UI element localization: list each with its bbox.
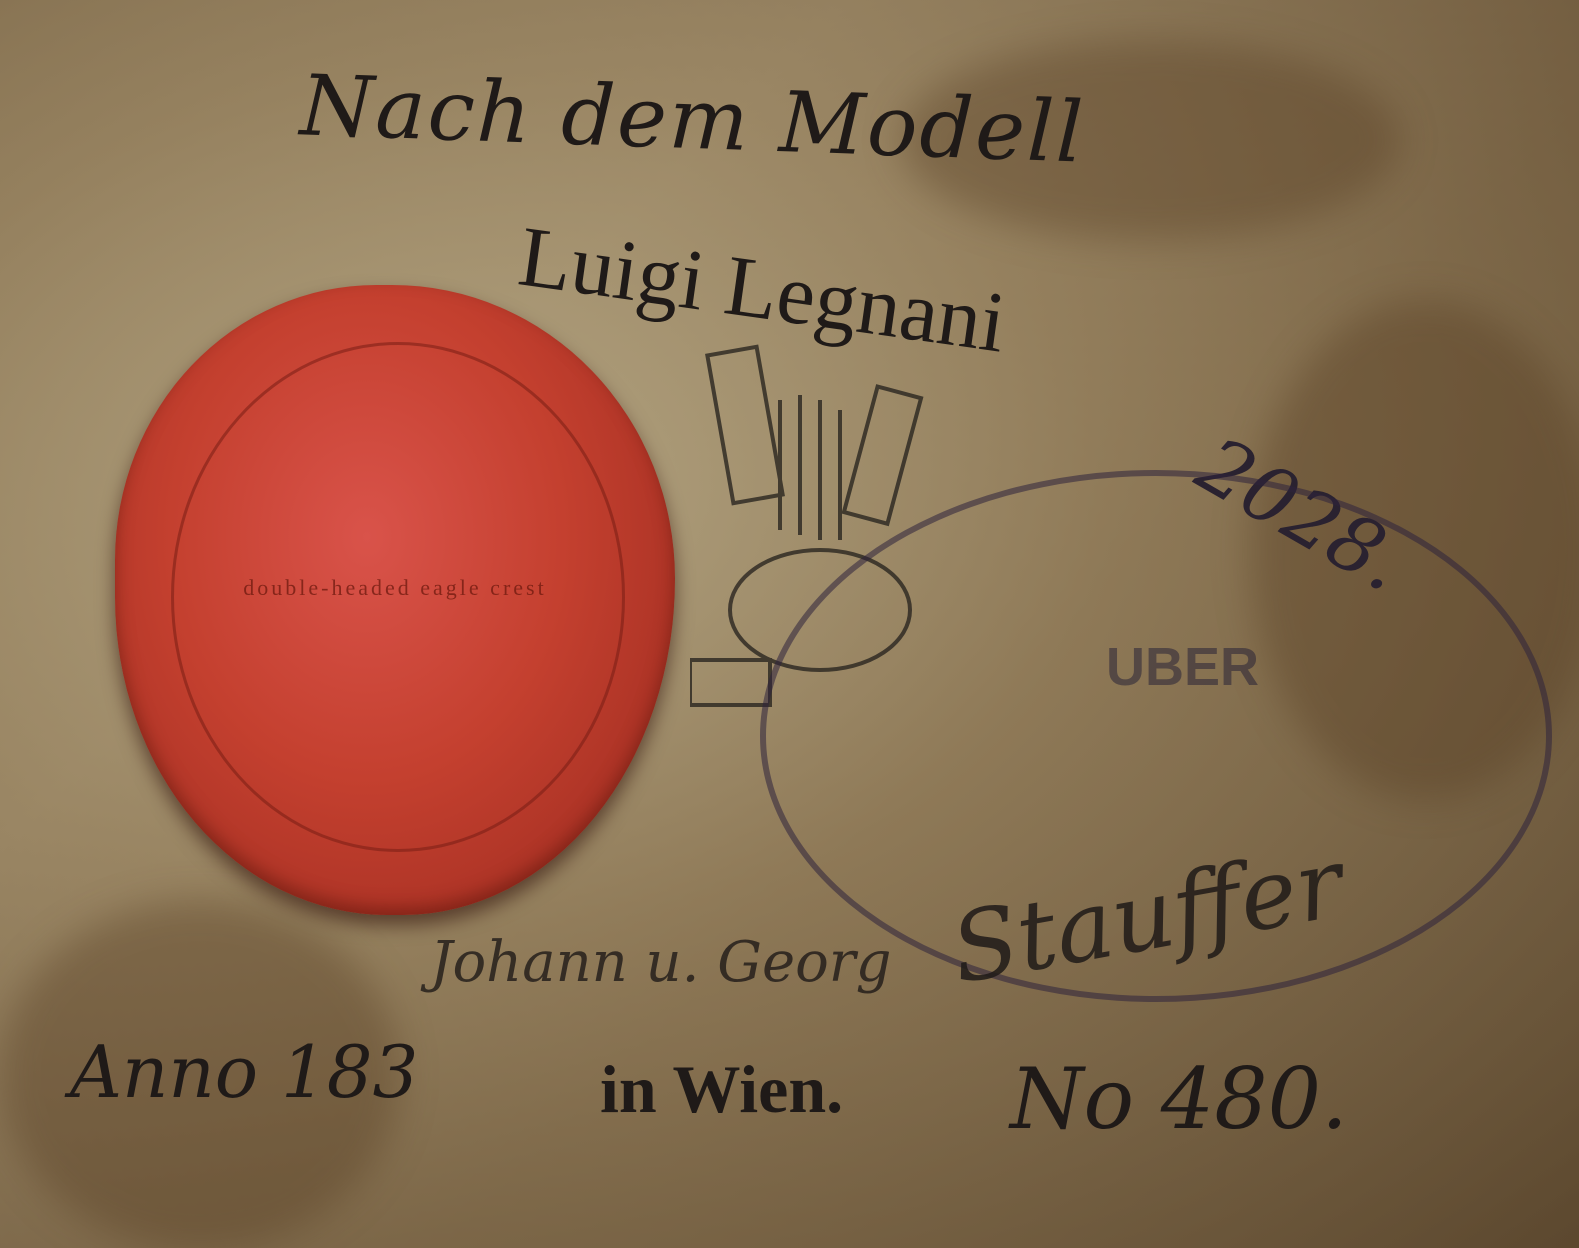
anno-text: Anno 183 [70,1030,418,1114]
stamp-text: UBER [1106,636,1259,698]
wax-seal: double-headed eagle crest [115,285,675,915]
maker-prefix: Johann u. Georg [430,930,891,995]
label-photograph: Nach dem Modell Luigi Legnani 2028. UBER… [0,0,1579,1248]
place-text: in Wien. [600,1050,843,1129]
serial-number: No 480. [1010,1050,1348,1148]
seal-emblem: double-headed eagle crest [115,575,675,601]
